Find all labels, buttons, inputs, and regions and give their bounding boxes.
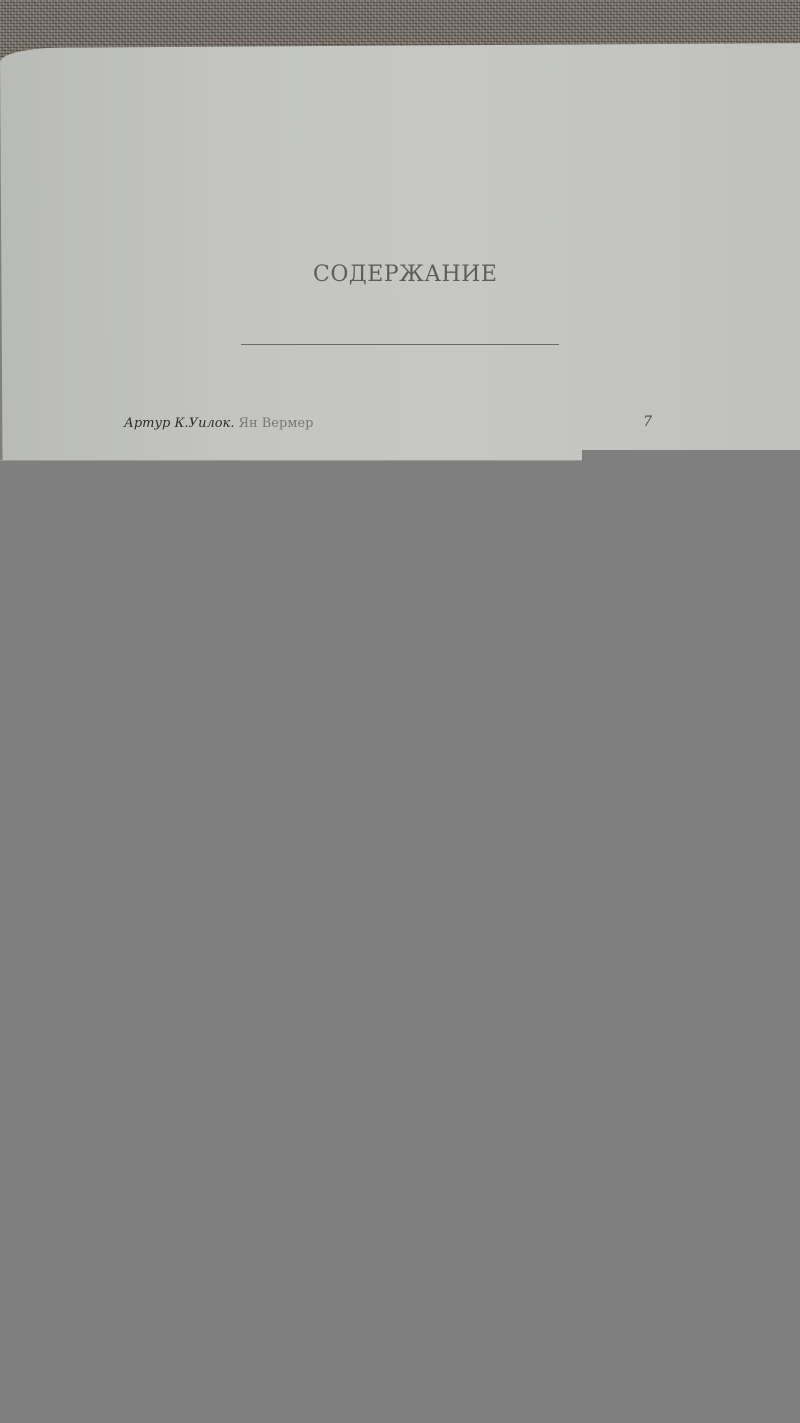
toc-entry: Артур К.Уилок.Ян Вермер 7 xyxy=(124,414,654,434)
redaction-block xyxy=(0,461,582,1423)
page-title: СОДЕРЖАНИЕ xyxy=(313,262,497,287)
toc-entry-text: Артур К.Уилок.Ян Вермер xyxy=(124,416,313,431)
redaction-block xyxy=(582,450,800,1423)
toc-title: Ян Вермер xyxy=(238,416,313,431)
toc-page-number: 7 xyxy=(643,414,652,430)
toc-author: Артур К.Уилок. xyxy=(124,416,234,431)
title-divider xyxy=(241,344,559,345)
